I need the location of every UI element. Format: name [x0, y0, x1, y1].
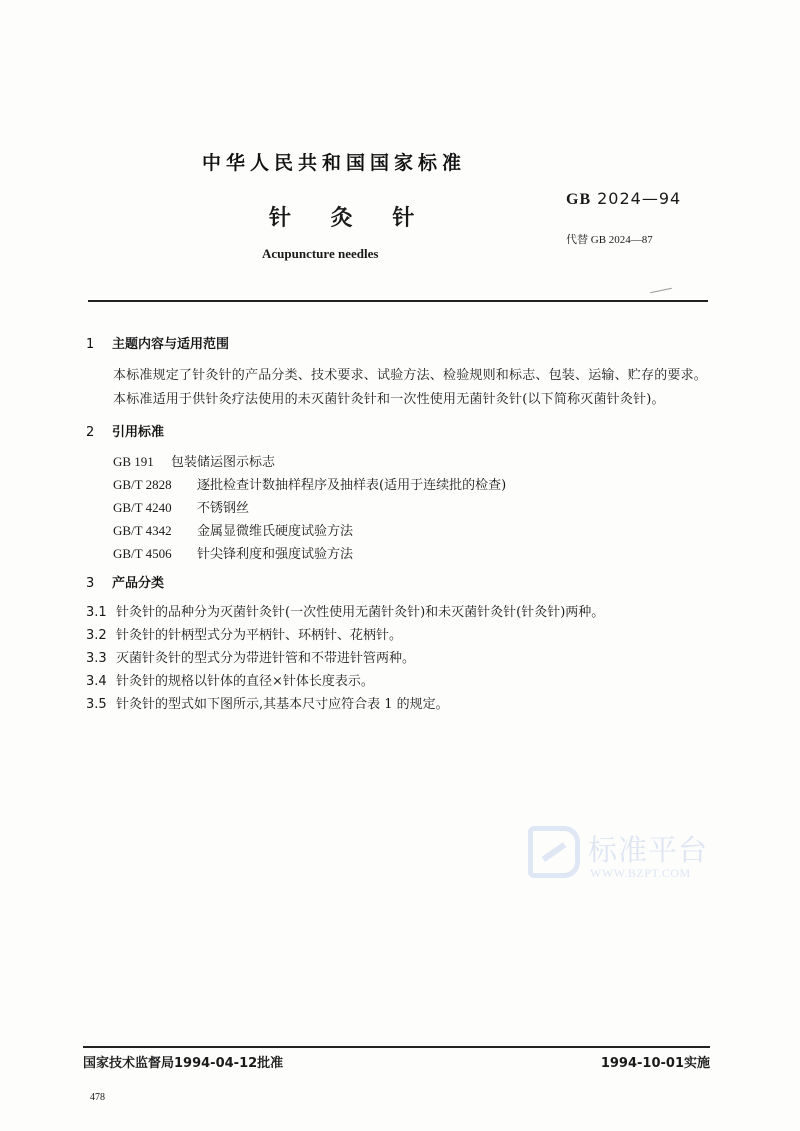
- watermark-text: 标准平台: [588, 828, 708, 869]
- reference-item: GB/T 4342金属显微维氏硬度试验方法: [113, 520, 353, 539]
- reference-title: 包装储运图示标志: [171, 455, 275, 470]
- paragraph: 本标准规定了针灸针的产品分类、技术要求、试验方法、检验规则和标志、包装、运输、贮…: [113, 364, 707, 383]
- standard-code: 2024—94: [597, 189, 681, 208]
- section-title: 主题内容与适用范围: [112, 337, 229, 352]
- clause-text: 灭菌针灸针的型式分为带进针管和不带进针管两种。: [116, 651, 415, 666]
- replaces-standard: 代替 GB 2024—87: [566, 231, 653, 247]
- section-number: 3: [86, 576, 112, 591]
- clause-item: 3.3灭菌针灸针的型式分为带进针管和不带进针管两种。: [86, 647, 415, 666]
- reference-item: GB/T 2828逐批检查计数抽样程序及抽样表(适用于连续批的检查): [113, 474, 506, 493]
- reference-item: GB/T 4240不锈钢丝: [113, 497, 249, 516]
- clause-text: 针灸针的型式如下图所示,其基本尺寸应符合表 1 的规定。: [116, 697, 449, 712]
- effective-date: 1994-10-01实施: [601, 1052, 710, 1071]
- section-title: 产品分类: [112, 576, 164, 591]
- reference-code: GB/T 2828: [113, 477, 197, 493]
- standard-prefix: GB: [566, 191, 591, 208]
- footer-divider: [83, 1046, 710, 1048]
- clause-number: 3.2: [86, 628, 116, 643]
- clause-text: 针灸针的针柄型式分为平柄针、环柄针、花柄针。: [116, 628, 402, 643]
- reference-code: GB 191: [113, 454, 171, 470]
- page-number: 478: [90, 1092, 105, 1103]
- section-heading-2: 2引用标准: [86, 421, 164, 440]
- paragraph: 本标准适用于供针灸疗法使用的未灭菌针灸针和一次性使用无菌针灸针(以下简称灭菌针灸…: [113, 388, 665, 407]
- watermark: 标准平台 WWW.BZPT.COM: [528, 826, 728, 886]
- reference-code: GB/T 4342: [113, 523, 197, 539]
- reference-item: GB/T 4506针尖锋利度和强度试验方法: [113, 543, 353, 562]
- clause-number: 3.5: [86, 697, 116, 712]
- header-divider: [88, 300, 708, 302]
- reference-title: 金属显微维氏硬度试验方法: [197, 524, 353, 539]
- reference-item: GB 191包装储运图示标志: [113, 451, 275, 470]
- clause-number: 3.3: [86, 651, 116, 666]
- clause-text: 针灸针的规格以针体的直径×针体长度表示。: [116, 674, 374, 689]
- clause-item: 3.2针灸针的针柄型式分为平柄针、环柄针、花柄针。: [86, 624, 402, 643]
- clause-number: 3.4: [86, 674, 116, 689]
- reference-title: 逐批检查计数抽样程序及抽样表(适用于连续批的检查): [197, 478, 506, 493]
- standard-number: GB2024—94: [566, 189, 681, 209]
- clause-item: 3.1针灸针的品种分为灭菌针灸针(一次性使用无菌针灸针)和未灭菌针灸针(针灸针)…: [86, 601, 604, 620]
- document-title-english: Acupuncture needles: [262, 246, 378, 262]
- reference-code: GB/T 4240: [113, 500, 197, 516]
- section-title: 引用标准: [112, 425, 164, 440]
- clause-number: 3.1: [86, 605, 116, 620]
- document-title: 针 灸 针: [269, 201, 430, 232]
- section-number: 2: [86, 425, 112, 440]
- section-number: 1: [86, 337, 112, 352]
- approval-date: 国家技术监督局1994-04-12批准: [83, 1052, 283, 1071]
- section-heading-1: 1主题内容与适用范围: [86, 333, 229, 352]
- pen-mark: [650, 288, 672, 294]
- reference-code: GB/T 4506: [113, 546, 197, 562]
- clause-text: 针灸针的品种分为灭菌针灸针(一次性使用无菌针灸针)和未灭菌针灸针(针灸针)两种。: [116, 605, 604, 620]
- section-heading-3: 3产品分类: [86, 572, 164, 591]
- clause-item: 3.5针灸针的型式如下图所示,其基本尺寸应符合表 1 的规定。: [86, 693, 449, 712]
- reference-title: 针尖锋利度和强度试验方法: [197, 547, 353, 562]
- bzpt-logo-icon: [528, 826, 580, 878]
- clause-item: 3.4针灸针的规格以针体的直径×针体长度表示。: [86, 670, 374, 689]
- national-standard-heading: 中华人民共和国国家标准: [202, 148, 466, 175]
- reference-title: 不锈钢丝: [197, 501, 249, 516]
- watermark-url: WWW.BZPT.COM: [590, 866, 691, 881]
